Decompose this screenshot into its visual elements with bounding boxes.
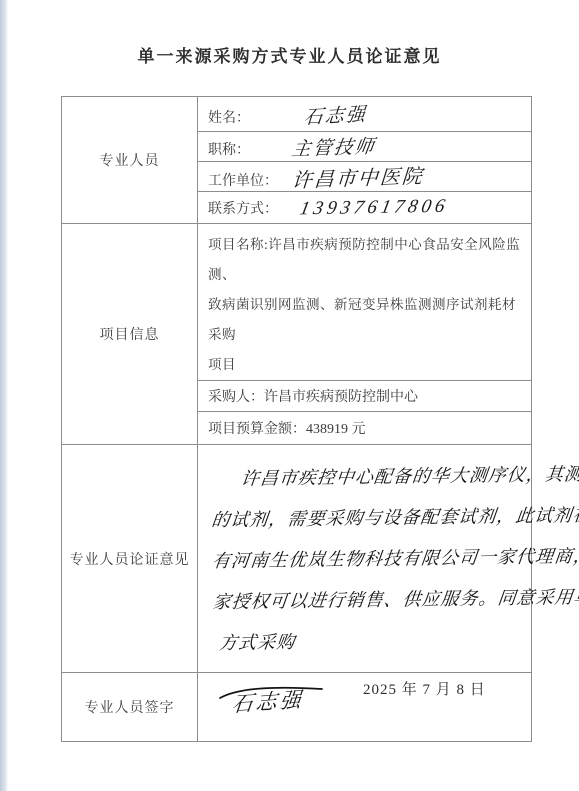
- project-name-line-2: 致病菌识别网监测、新冠变异株监测测序试剂耗材采购: [208, 290, 523, 350]
- scanned-document-page: 单一来源采购方式专业人员论证意见 专业人员 姓名：石志强 职称：主管技师 工作单…: [0, 0, 579, 791]
- work-unit-field-label: 工作单位：: [208, 170, 284, 190]
- name-field-label: 姓名：: [208, 107, 270, 127]
- job-title-field-label: 职称：: [208, 139, 270, 159]
- cell-name: 姓名：石志强: [198, 97, 532, 132]
- job-title-handwritten-value: 主管技师: [290, 131, 378, 161]
- cell-work-unit: 工作单位：许昌市中医院: [198, 162, 532, 192]
- row-project-name: 项目信息 项目名称:许昌市疾病预防控制中心食品安全风险监测、 致病菌识别网监测、…: [62, 224, 532, 381]
- opinion-line-4: 家授权可以进行销售、供应服务。同意采用单一来源: [210, 578, 523, 623]
- cell-buyer: 采购人：许昌市疾病预防控制中心: [198, 381, 532, 412]
- work-unit-handwritten-value: 许昌市中医院: [291, 160, 425, 194]
- opinion-line-2: 的试剂，需要采购与设备配套试剂，此试剂在河南区域仅: [209, 496, 522, 541]
- cell-project-name: 项目名称:许昌市疾病预防控制中心食品安全风险监测、 致病菌识别网监测、新冠变异株…: [198, 224, 532, 381]
- cell-job-title: 职称：主管技师: [198, 132, 532, 162]
- contact-field-label: 联系方式：: [208, 198, 284, 218]
- section-label-opinion: 专业人员论证意见: [62, 445, 198, 673]
- project-name-line-3: 项目: [208, 350, 523, 380]
- document-date: 2025 年 7 月 8 日: [363, 678, 533, 699]
- opinion-line-1: 许昌市疾控中心配备的华大测序仪，其测序试剂为华大专配: [209, 455, 522, 500]
- signature-text: 石志强: [230, 683, 305, 718]
- section-label-signature: 专业人员签字: [62, 673, 198, 742]
- row-name: 专业人员 姓名：石志强: [62, 97, 532, 132]
- cell-contact: 联系方式：13937617806: [198, 192, 532, 224]
- cell-opinion: 许昌市疾控中心配备的华大测序仪，其测序试剂为华大专配 的试剂，需要采购与设备配套…: [198, 445, 532, 673]
- opinion-handwritten-block: 许昌市疾控中心配备的华大测序仪，其测序试剂为华大专配 的试剂，需要采购与设备配套…: [197, 443, 533, 665]
- row-opinion: 专业人员论证意见 许昌市疾控中心配备的华大测序仪，其测序试剂为华大专配 的试剂，…: [62, 445, 532, 673]
- section-label-personnel: 专业人员: [62, 97, 198, 224]
- opinion-line-3: 有河南生优岚生物科技有限公司一家代理商，获得厂: [210, 537, 523, 582]
- scan-left-edge: [0, 0, 8, 791]
- cell-budget: 项目预算金额：438919 元: [198, 412, 532, 445]
- name-handwritten-value: 石志强: [303, 99, 368, 129]
- project-name-line-1: 项目名称:许昌市疾病预防控制中心食品安全风险监测、: [208, 230, 523, 290]
- signature-handwritten: 石志强: [232, 686, 304, 716]
- section-label-project-info: 项目信息: [62, 224, 198, 445]
- contact-handwritten-value: 13937617806: [298, 195, 451, 220]
- opinion-line-5: 方式采购: [211, 619, 524, 664]
- document-title: 单一来源采购方式专业人员论证意见: [0, 42, 579, 67]
- demonstration-form-table: 专业人员 姓名：石志强 职称：主管技师 工作单位：许昌市中医院 联系方式：139…: [61, 96, 532, 742]
